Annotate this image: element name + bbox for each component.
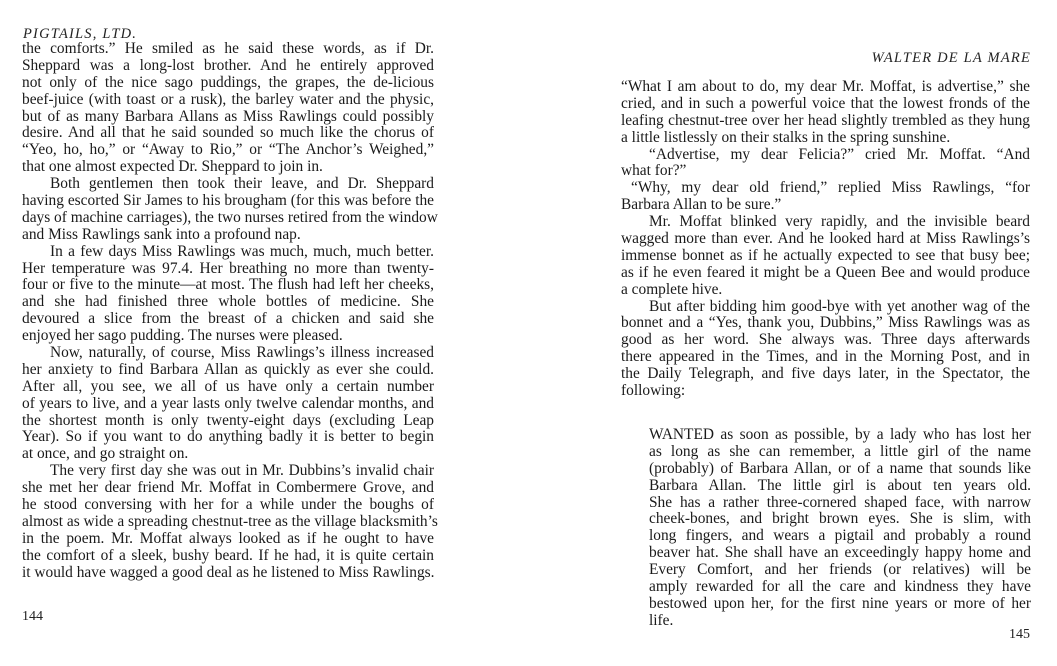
text-line: there appeared in the Times, and in the … — [621, 349, 1030, 366]
text-line: days of machine carriages), the two nurs… — [22, 210, 434, 227]
text-line: enjoyed her sago pudding. The nurses wer… — [22, 328, 434, 345]
text-line: having escorted Sir James to his brougha… — [22, 193, 434, 210]
text-line: Mr. Moffat blinked very rapidly, and the… — [621, 214, 1030, 231]
text-line: beaver hat. She shall have an exceedingl… — [649, 545, 1031, 562]
text-line: cheek-bones, and bright brown eyes. She … — [649, 511, 1031, 528]
text-line: the shortest month is only twenty-eight … — [22, 413, 434, 430]
text-line: in the poem. Mr. Moffat always looked as… — [22, 531, 434, 548]
text-line: bestowed upon her, for the first nine ye… — [649, 596, 1031, 613]
text-line: the comfort of a sleek, bushy beard. If … — [22, 548, 434, 565]
text-line: desire. And all that he said sounded so … — [22, 125, 434, 142]
text-line: at once, and go straight on. — [22, 446, 434, 463]
text-line: Barbara Allan. The little girl is about … — [649, 478, 1031, 495]
text-line: Both gentlemen then took their leave, an… — [22, 176, 434, 193]
text-line: bonnet and a “Yes, thank you, Dubbins,” … — [621, 315, 1030, 332]
text-line: a complete hive. — [621, 282, 1030, 299]
text-line: her anxiety to find Barbara Allan as qui… — [22, 362, 434, 379]
right-page-body: “What I am about to do, my dear Mr. Moff… — [621, 79, 1030, 400]
text-line: the comforts.” He smiled as he said thes… — [22, 41, 434, 58]
text-line: amply rewarded for all the care and kind… — [649, 579, 1031, 596]
text-line: After all, you see, we all of us have on… — [22, 379, 434, 396]
text-line: of years to live, and a year lasts only … — [22, 396, 434, 413]
text-line: “Yeo, ho, ho,” or “Away to Rio,” or “The… — [22, 142, 434, 159]
text-line: Now, naturally, of course, Miss Rawlings… — [22, 345, 434, 362]
text-line: Sheppard was a long-lost brother. And he… — [22, 58, 434, 75]
text-line: not only of the nice sago puddings, the … — [22, 75, 434, 92]
left-page: PIGTAILS, LTD. the comforts.” He smiled … — [0, 0, 528, 666]
text-line: WANTED as soon as possible, by a lady wh… — [649, 427, 1031, 444]
left-page-body: the comforts.” He smiled as he said thes… — [22, 41, 434, 582]
text-line: cried, and in such a powerful voice that… — [621, 96, 1030, 113]
text-line: the Daily Telegraph, and five days later… — [621, 366, 1030, 383]
text-line: that one almost expected Dr. Sheppard to… — [22, 159, 434, 176]
text-line: almost as wide a spreading chestnut-tree… — [22, 514, 434, 531]
advertisement-block: WANTED as soon as possible, by a lady wh… — [649, 427, 1031, 630]
text-line: In a few days Miss Rawlings was much, mu… — [22, 244, 434, 261]
text-line: Every Comfort, and her friends (or relat… — [649, 562, 1031, 579]
text-line: but of as many Barbara Allans as Miss Ra… — [22, 109, 434, 126]
text-line: as if he even feared it might be a Queen… — [621, 265, 1030, 282]
text-line: immense bonnet as if he actually expecte… — [621, 248, 1030, 265]
text-line: Year). So if you want to do anything bad… — [22, 429, 434, 446]
text-line: (probably) of Barbara Allan, or of a nam… — [649, 461, 1031, 478]
text-line: life. — [649, 613, 1031, 630]
text-line: good as her word. She always was. Three … — [621, 332, 1030, 349]
text-line: four or five to the minute—at most. The … — [22, 277, 434, 294]
text-line: leafing chestnut-tree over her head slig… — [621, 113, 1030, 130]
text-line: what for?” — [621, 163, 1030, 180]
text-line: Barbara Allan to be sure.” — [621, 197, 1030, 214]
text-line: and Miss Rawlings sank into a profound n… — [22, 227, 434, 244]
text-line: devoured a slice from the breast of a ch… — [22, 311, 434, 328]
text-line: She has a rather three-cornered shaped f… — [649, 495, 1031, 512]
text-line: as long as she can remember, a little gi… — [649, 444, 1031, 461]
text-line: The very first day she was out in Mr. Du… — [22, 463, 434, 480]
text-line: she met her dear friend Mr. Moffat in Co… — [22, 480, 434, 497]
text-line: “Advertise, my dear Felicia?” cried Mr. … — [621, 147, 1030, 164]
text-line: wagged more than ever. And he looked har… — [621, 231, 1030, 248]
text-line: and she had finished three whole bottles… — [22, 294, 434, 311]
running-head-right: WALTER DE LA MARE — [872, 50, 1031, 67]
text-line: it would have wagged a good deal as he l… — [22, 565, 434, 582]
text-line: he stood conversing with her for a while… — [22, 497, 434, 514]
text-line: a little listlessly on their stalks in t… — [621, 130, 1030, 147]
text-line: “What I am about to do, my dear Mr. Moff… — [621, 79, 1030, 96]
page-number-right: 145 — [1009, 627, 1030, 643]
text-line: long fingers, and wears a pigtail and pr… — [649, 528, 1031, 545]
text-line: But after bidding him good-bye with yet … — [621, 299, 1030, 316]
page-number-left: 144 — [22, 609, 43, 625]
text-line: following: — [621, 383, 1030, 400]
text-line: Her temperature was 97.4. Her breathing … — [22, 261, 434, 278]
text-line: beef-juice (with toast or a rusk), the b… — [22, 92, 434, 109]
right-page: WALTER DE LA MARE “What I am about to do… — [528, 0, 1057, 666]
text-line: “Why, my dear old friend,” replied Miss … — [621, 180, 1030, 197]
